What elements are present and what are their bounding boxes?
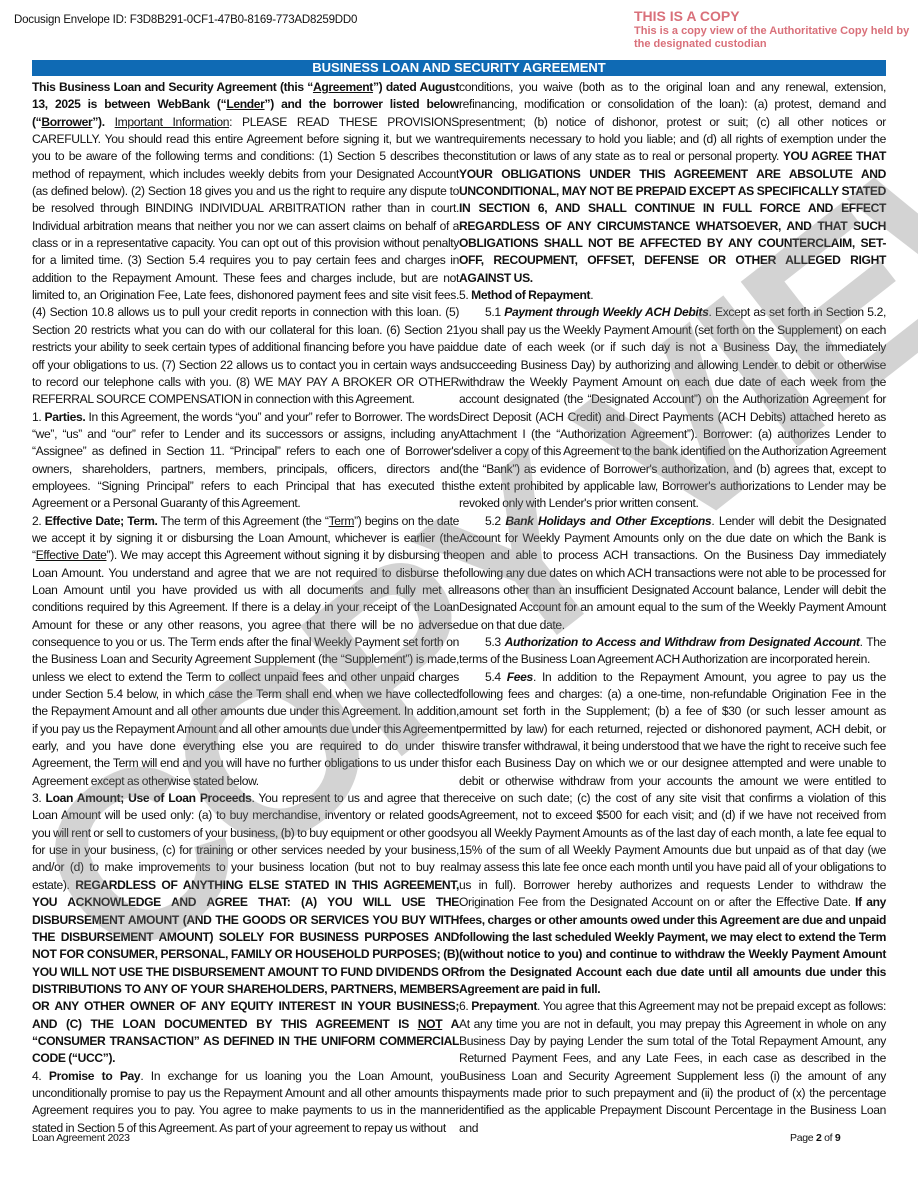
emphasis-not: NOT (418, 1017, 442, 1031)
section-number: 1. (32, 410, 44, 424)
section-heading: Parties. (44, 410, 85, 424)
right-column: conditions, you waive (both as to the or… (459, 79, 886, 1127)
section-number: 5.4 (485, 670, 507, 684)
section-1-parties: 1. Parties. In this Agreement, the words… (32, 409, 459, 513)
section-4-continued: conditions, you waive (both as to the or… (459, 79, 886, 287)
section-3-loan-amount: 3. Loan Amount; Use of Loan Proceeds. Yo… (32, 790, 459, 1068)
intro-paragraph: This Business Loan and Security Agreemen… (32, 79, 459, 409)
defined-term-term: Term (329, 514, 354, 528)
important-information-text: : PLEASE READ THESE PROVISIONS CAREFULLY… (32, 115, 459, 407)
document-body: This Business Loan and Security Agreemen… (32, 79, 886, 1127)
section-number: 5.3 (485, 635, 505, 649)
section-heading: Prepayment (471, 999, 537, 1013)
section-heading: Authorization to Access and Withdraw fro… (505, 635, 860, 649)
page-number: Page 2 of 9 (790, 1132, 840, 1144)
section-5-2-bank-holidays: 5.2 Bank Holidays and Other Exceptions. … (459, 513, 886, 634)
section-text: . In addition to the Repayment Amount, y… (459, 670, 886, 909)
section-5-4-fees: 5.4 Fees. In addition to the Repayment A… (459, 669, 886, 999)
section-heading: Loan Amount; Use of Loan Proceeds (46, 791, 252, 805)
section-caps-text: YOU AGREE THAT YOUR OBLIGATIONS UNDER TH… (459, 149, 886, 284)
section-number: 2. (32, 514, 45, 528)
section-number: 5.2 (485, 514, 505, 528)
copy-notice-text: This is a copy view of the Authoritative… (634, 25, 918, 51)
intro-text: ”). (92, 115, 104, 129)
document-title: BUSINESS LOAN AND SECURITY AGREEMENT (32, 60, 886, 76)
defined-term-lender: Lender (226, 97, 264, 111)
section-number: 5. (459, 288, 471, 302)
section-text: . Lender will debit the Designated Accou… (459, 514, 886, 632)
section-4-promise-to-pay: 4. Promise to Pay. In exchange for us lo… (32, 1068, 459, 1137)
defined-term-agreement: Agreement (313, 80, 373, 94)
envelope-id: Docusign Envelope ID: F3D8B291-0CF1-47B0… (14, 14, 357, 26)
copy-notice: THIS IS A COPY This is a copy view of th… (634, 8, 918, 51)
section-heading: Fees (507, 670, 533, 684)
section-5-3-authorization: 5.3 Authorization to Access and Withdraw… (459, 634, 886, 669)
section-number: 5.1 (485, 305, 504, 319)
section-bold-text: If any fees, charges or other amounts ow… (459, 895, 886, 996)
section-5-method-of-repayment: 5. Method of Repayment. (459, 287, 886, 304)
section-6-prepayment: 6. Prepayment. You agree that this Agree… (459, 998, 886, 1137)
section-caps-text: REGARDLESS OF ANYTHING ELSE STATED IN TH… (32, 878, 459, 1031)
defined-term-borrower: Borrower (41, 115, 92, 129)
section-text: ”). We may accept this Agreement without… (32, 548, 459, 787)
section-heading: Promise to Pay (49, 1069, 140, 1083)
section-heading: Effective Date; Term. (45, 514, 158, 528)
section-heading: Payment through Weekly ACH Debits (504, 305, 708, 319)
important-information-label: Important Information (115, 115, 229, 129)
section-text: The term of this Agreement (the “ (158, 514, 329, 528)
section-number: 4. (32, 1069, 49, 1083)
section-heading: Bank Holidays and Other Exceptions (505, 514, 711, 528)
section-5-1-weekly-ach: 5.1 Payment through Weekly ACH Debits. E… (459, 304, 886, 512)
section-text: . Except as set forth in Section 5.2, yo… (459, 305, 886, 510)
left-column: This Business Loan and Security Agreemen… (32, 79, 459, 1127)
section-text: . You agree that this Agreement may not … (459, 999, 886, 1134)
section-text: . (590, 288, 593, 302)
page-total: 9 (835, 1132, 841, 1144)
section-text: . You represent to us and agree that the… (32, 791, 459, 892)
defined-term-effective-date: Effective Date (36, 548, 107, 562)
intro-text: This Business Loan and Security Agreemen… (32, 80, 313, 94)
section-number: 6. (459, 999, 471, 1013)
section-2-effective-date: 2. Effective Date; Term. The term of thi… (32, 513, 459, 791)
section-number: 3. (32, 791, 46, 805)
footer-document-name: Loan Agreement 2023 (32, 1132, 130, 1144)
copy-notice-title: THIS IS A COPY (634, 8, 918, 25)
page-of: of (822, 1132, 835, 1144)
section-heading: Method of Repayment (471, 288, 590, 302)
page-label: Page (790, 1132, 816, 1144)
section-text: In this Agreement, the words “you” and y… (32, 410, 459, 511)
